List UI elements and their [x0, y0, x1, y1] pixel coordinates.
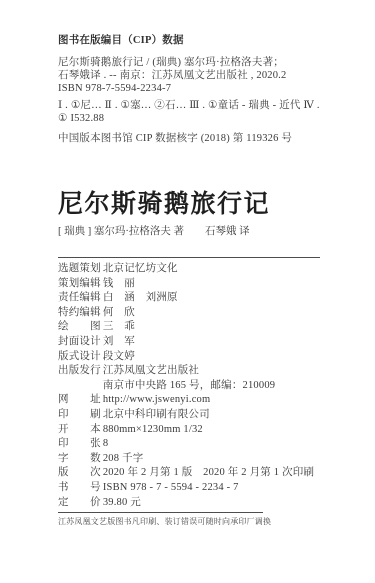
colophon-row: 印 刷 北京中科印刷有限公司	[58, 408, 364, 423]
colophon-row: 策划编辑 钱 丽	[58, 277, 364, 292]
colophon-label: 绘 图	[58, 320, 100, 335]
cip-heading: 图书在版编目（CIP）数据	[58, 34, 322, 47]
colophon-value: http://www.jswenyi.com	[103, 394, 211, 405]
colophon-label: 策划编辑	[58, 277, 100, 292]
colophon-label: 特约编辑	[58, 306, 100, 321]
colophon-row: 版 次 2020 年 2 月第 1 版 2020 年 2 月第 1 次印刷	[58, 466, 364, 481]
colophon-label: 版式设计	[58, 350, 100, 365]
cip-line-title-author: 尼尔斯骑鹅旅行记 / (瑞典) 塞尔玛·拉格洛夫著；	[58, 56, 322, 69]
colophon-value: 白 涵 刘洲原	[103, 292, 178, 303]
colophon-row: 字 数 208 千字	[58, 452, 364, 467]
colophon-value: 南京市中央路 165 号，邮编：210009	[103, 380, 275, 391]
colophon-row: 绘 图 三 乖	[58, 320, 364, 335]
colophon-row: 定 价 39.80 元	[58, 496, 364, 511]
book-byline: [ 瑞典 ] 塞尔玛·拉格洛夫 著 石琴娥 译	[58, 225, 338, 239]
colophon-row: 印 张 8	[58, 437, 364, 452]
colophon-value: 39.80 元	[103, 497, 141, 508]
colophon-row: 网 址 http://www.jswenyi.com	[58, 393, 364, 408]
colophon-label: 开 本	[58, 423, 100, 438]
colophon-value: 北京记忆坊文化	[103, 263, 178, 274]
colophon-value: 北京中科印刷有限公司	[103, 409, 210, 420]
cip-line-isbn: ISBN 978-7-5594-2234-7	[58, 82, 322, 95]
copyright-page: 图书在版编目（CIP）数据 尼尔斯骑鹅旅行记 / (瑞典) 塞尔玛·拉格洛夫著；…	[0, 0, 375, 583]
cip-block: 图书在版编目（CIP）数据 尼尔斯骑鹅旅行记 / (瑞典) 塞尔玛·拉格洛夫著；…	[58, 34, 322, 145]
cip-line-publisher: 石琴娥译 . -- 南京：江苏凤凰文艺出版社 , 2020.2	[58, 69, 322, 82]
colophon-value: 江苏凤凰文艺出版社	[103, 365, 199, 376]
title-block: 尼尔斯骑鹅旅行记 [ 瑞典 ] 塞尔玛·拉格洛夫 著 石琴娥 译	[58, 190, 338, 239]
colophon-row: 版式设计 段文婷	[58, 350, 364, 365]
colophon-value: 2020 年 2 月第 1 版 2020 年 2 月第 1 次印刷	[103, 467, 314, 478]
colophon-label: 印 刷	[58, 408, 100, 423]
colophon-label: 版 次	[58, 466, 100, 481]
cip-description: 尼尔斯骑鹅旅行记 / (瑞典) 塞尔玛·拉格洛夫著； 石琴娥译 . -- 南京：…	[58, 56, 322, 95]
cip-classification: Ⅰ . ①尼… Ⅱ . ①塞… ②石… Ⅲ . ①童话 - 瑞典 - 近代 Ⅳ …	[58, 99, 322, 125]
colophon-label: 印 张	[58, 437, 100, 452]
colophon-table: 选题策划 北京记忆坊文化 策划编辑 钱 丽 责任编辑 白 涵 刘洲原 特约编辑 …	[58, 262, 364, 510]
divider-top	[58, 257, 320, 258]
colophon-value: 三 乖	[103, 321, 135, 332]
colophon-label: 封面设计	[58, 335, 100, 350]
colophon-row: 责任编辑 白 涵 刘洲原	[58, 291, 364, 306]
colophon-value: 8	[103, 438, 108, 449]
colophon-value: 208 千字	[103, 453, 144, 464]
colophon-row: 出版发行 江苏凤凰文艺出版社	[58, 364, 364, 379]
colophon-row: 书 号 ISBN 978 - 7 - 5594 - 2234 - 7	[58, 481, 364, 496]
colophon-label: 出版发行	[58, 364, 100, 379]
book-title: 尼尔斯骑鹅旅行记	[58, 190, 338, 220]
divider-bottom	[58, 512, 263, 513]
colophon-row: 选题策划 北京记忆坊文化	[58, 262, 364, 277]
colophon-value: ISBN 978 - 7 - 5594 - 2234 - 7	[103, 482, 239, 493]
colophon-label: 选题策划	[58, 262, 100, 277]
colophon-value: 段文婷	[103, 351, 135, 362]
colophon-value: 880mm×1230mm 1/32	[103, 424, 203, 435]
colophon-value: 刘 军	[103, 336, 135, 347]
colophon-row: 封面设计 刘 军	[58, 335, 364, 350]
colophon-row: 南京市中央路 165 号，邮编：210009	[58, 379, 364, 394]
colophon-value: 钱 丽	[103, 278, 135, 289]
cip-record-number: 中国版本图书馆 CIP 数据核字 (2018) 第 119326 号	[58, 132, 322, 145]
colophon-label: 网 址	[58, 393, 100, 408]
colophon-label: 责任编辑	[58, 291, 100, 306]
colophon-value: 何 欣	[103, 307, 135, 318]
reprint-notice: 江苏凤凰文艺版图书凡印刷、装订错误可随时向承印厂调换	[58, 517, 338, 527]
colophon-row: 特约编辑 何 欣	[58, 306, 364, 321]
colophon-label: 字 数	[58, 452, 100, 467]
colophon-row: 开 本 880mm×1230mm 1/32	[58, 423, 364, 438]
colophon-label: 定 价	[58, 496, 100, 511]
colophon-label: 书 号	[58, 481, 100, 496]
